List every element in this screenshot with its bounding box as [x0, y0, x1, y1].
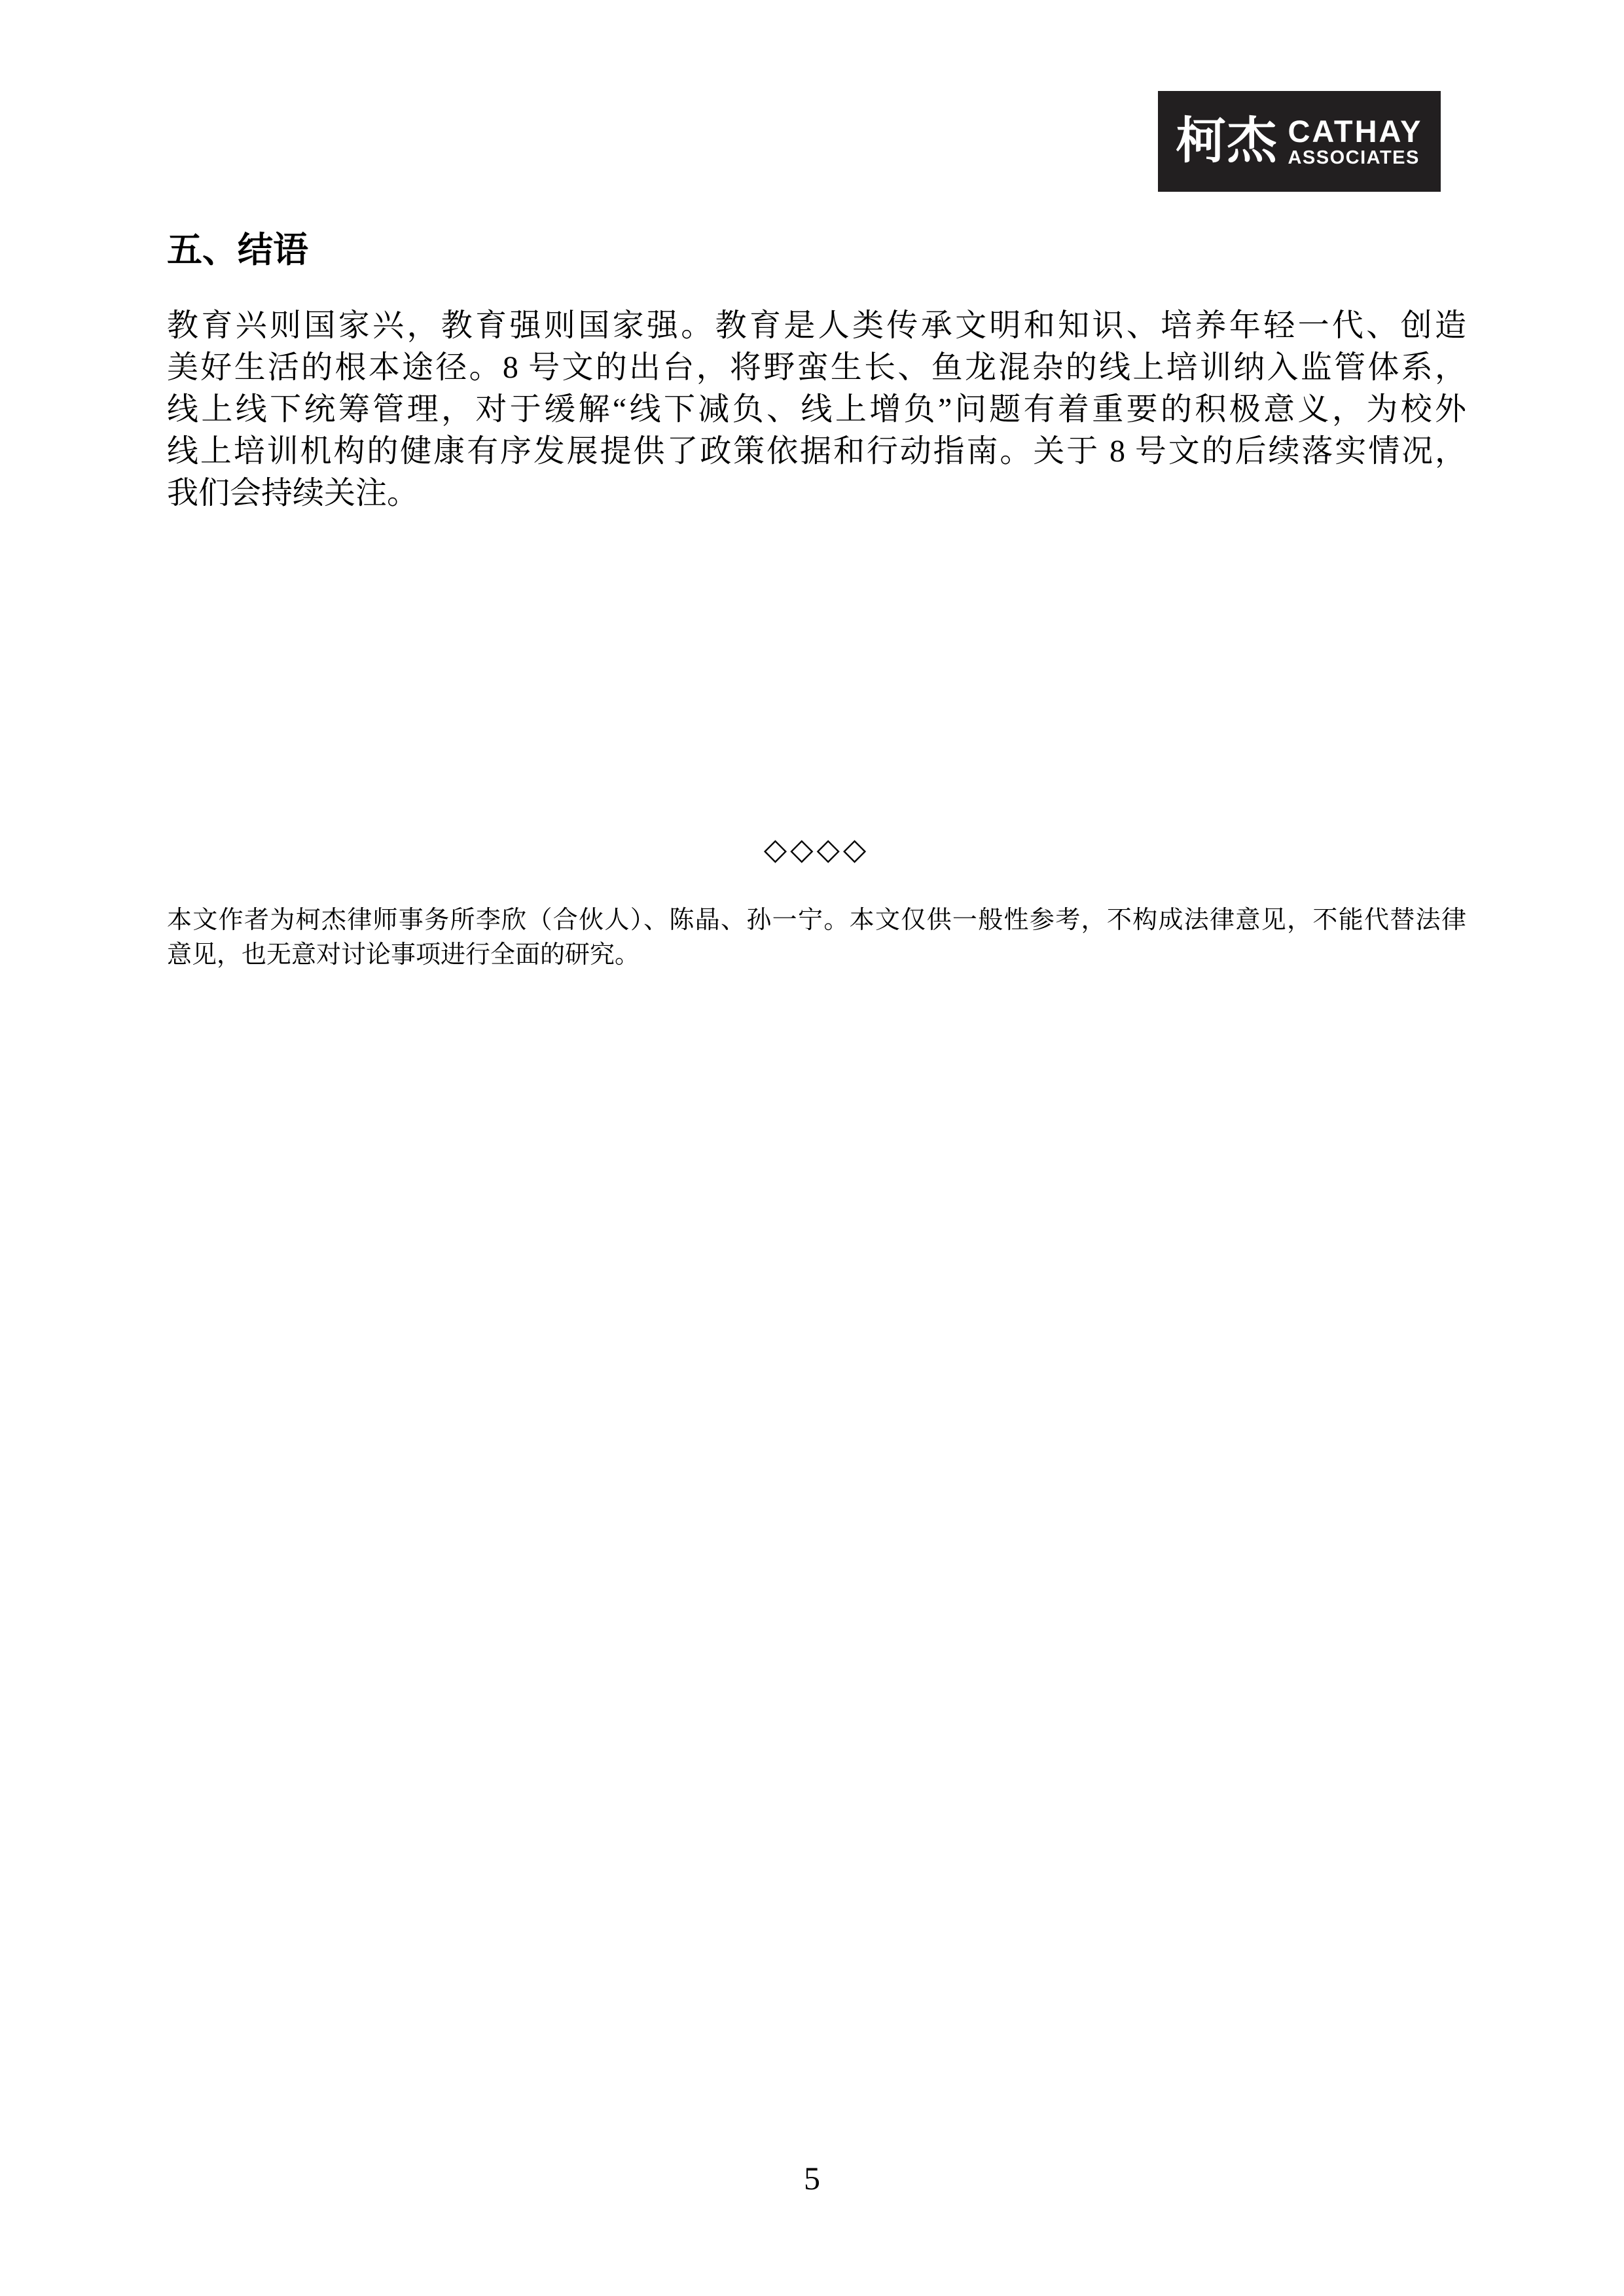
logo-english-text: CATHAY ASSOCIATES [1288, 116, 1422, 168]
section-heading: 五、结语 [167, 229, 308, 272]
logo-name: CATHAY [1288, 116, 1422, 147]
page-number: 5 [0, 2159, 1624, 2198]
paragraph-line: 教育兴则国家兴，教育强则国家强。教育是人类传承文明和知识、培养年轻一代、创造 [167, 305, 1466, 347]
cathay-associates-logo: 柯杰 CATHAY ASSOCIATES [1158, 91, 1441, 192]
document-page: 柯杰 CATHAY ASSOCIATES 五、结语 教育兴则国家兴，教育强则国家… [0, 0, 1624, 2296]
paragraph-line: 线上线下统筹管理，对于缓解“线下减负、线上增负”问题有着重要的积极意义，为校外 [167, 389, 1466, 431]
logo-subname: ASSOCIATES [1288, 149, 1419, 168]
footnote-line: 本文作者为柯杰律师事务所李欣（合伙人）、陈晶、孙一宁。本文仅供一般性参考，不构成… [167, 903, 1466, 938]
footnote: 本文作者为柯杰律师事务所李欣（合伙人）、陈晶、孙一宁。本文仅供一般性参考，不构成… [167, 903, 1466, 973]
diamond-separator: ◇◇◇◇ [167, 830, 1466, 869]
logo-cjk-text: 柯杰 [1176, 117, 1278, 166]
conclusion-paragraph: 教育兴则国家兴，教育强则国家强。教育是人类传承文明和知识、培养年轻一代、创造 美… [167, 305, 1466, 514]
paragraph-line: 线上培训机构的健康有序发展提供了政策依据和行动指南。关于 8 号文的后续落实情况… [167, 431, 1466, 473]
paragraph-line: 美好生活的根本途径。8 号文的出台，将野蛮生长、鱼龙混杂的线上培训纳入监管体系， [167, 347, 1466, 389]
paragraph-line: 我们会持续关注。 [167, 473, 1466, 514]
footnote-line: 意见，也无意对讨论事项进行全面的研究。 [167, 938, 1466, 973]
